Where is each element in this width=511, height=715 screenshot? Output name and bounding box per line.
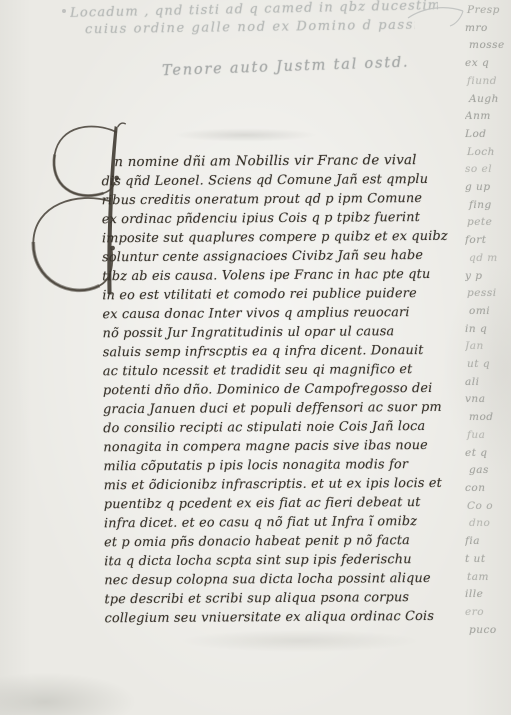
manuscript-line: nonagita in compera magne pacis sive iba… (103, 436, 457, 457)
manuscript-line: gracia Januen duci et populi deffensori … (103, 398, 457, 419)
header-annotation-line-2: cuius ordine galle nod ex Domino d passi… (85, 18, 415, 38)
manuscript-line: dis qñd Leonel. Sciens qd Comune Jañ est… (101, 170, 455, 191)
adjacent-page-text-fragment: pete (465, 214, 511, 232)
adjacent-page-text-fragment: vna (465, 391, 511, 409)
adjacent-page-text-fragment: in q (465, 321, 511, 339)
manuscript-line: do consilio recipti ac stipulati noie Co… (103, 417, 457, 438)
manuscript-line: nõ possit Jur Ingratitudinis ul opar ul … (103, 322, 457, 343)
adjacent-page-text-fragment: fua (465, 427, 511, 445)
manuscript-line: n nomine dñi am Nobillis vir Franc de vi… (101, 151, 455, 172)
adjacent-page-text-fragment: Co o (465, 498, 511, 516)
rubric-line: Tenore auto Justm tal ostd. (162, 55, 407, 80)
manuscript-line: tpe describi et scribi sup aliqua psona … (104, 588, 458, 609)
adjacent-page-text-fragment: pessi (465, 285, 511, 303)
adjacent-page-text-fragment: ille (465, 586, 511, 604)
manuscript-line: ita q dicta locha scpta sint sup ipis fe… (104, 550, 458, 571)
adjacent-page-text-fragment: fing (465, 197, 511, 215)
adjacent-page-text-fragment: gas (465, 462, 511, 480)
adjacent-page-text-column: Prespmromosseex qfiundAughAnmLodLochso e… (465, 2, 511, 639)
adjacent-page-text-fragment: Loch (465, 144, 511, 162)
adjacent-page-text-fragment: puco (465, 622, 511, 640)
adjacent-page-text-fragment: Augh (465, 91, 511, 109)
adjacent-page-text-fragment: mosse (465, 37, 511, 55)
adjacent-page-text-fragment: Jan (465, 338, 511, 356)
adjacent-page-text-fragment: fiund (465, 73, 511, 91)
adjacent-page-text-fragment: dno (465, 515, 511, 533)
manuscript-line: milia cõputatis p ipis locis nonagita mo… (103, 455, 457, 476)
manuscript-line: mis et õdicionibz infrascriptis. et ut e… (104, 474, 458, 495)
manuscript-line: potenti dño dño. Dominico de Campofregos… (103, 379, 457, 400)
adjacent-page-text-fragment: ero (465, 604, 511, 622)
adjacent-page-text-fragment: Anm (465, 108, 511, 126)
manuscript-line: in eo est vtilitati et comodo rei public… (102, 284, 456, 305)
manuscript-line: ac titulo ncessit et tradidit seu qi mag… (103, 360, 457, 381)
adjacent-page-text-fragment: so el (465, 161, 511, 179)
adjacent-page-text-fragment: qd m (465, 250, 511, 268)
manuscript-text-block: n nomine dñi am Nobillis vir Franc de vi… (101, 151, 458, 628)
adjacent-page-text-fragment: fia (465, 533, 511, 551)
adjacent-page-text-fragment: t ut (465, 551, 511, 569)
manuscript-page-scan: Locadum , qnd tisti ad q camed in qbz du… (0, 0, 511, 715)
manuscript-line: collegium seu vniuersitate ex aliqua ord… (105, 607, 459, 628)
annotation-bullet-mark (62, 9, 66, 13)
pen-flourish-mark (406, 2, 468, 32)
manuscript-line: saluis semp infrscptis ea q infra dicent… (103, 341, 457, 362)
manuscript-line: imposite sut quaplures compere p quibz e… (102, 227, 456, 248)
adjacent-page-text-fragment: mro (465, 20, 511, 38)
manuscript-line: puentibz q pcedent ex eis fiat ac fieri … (104, 493, 458, 514)
manuscript-line: ex causa donac Inter vivos q amplius reu… (102, 303, 456, 324)
adjacent-page-text-fragment: y p (465, 268, 511, 286)
adjacent-page-text-fragment: tam (465, 569, 511, 587)
manuscript-line: soluntur cente assignacioes Civibz Jañ s… (102, 246, 456, 267)
adjacent-page-text-fragment: Lod (465, 126, 511, 144)
manuscript-line: infra dicet. et eo casu q nõ fiat ut Inf… (104, 512, 458, 533)
manuscript-line: ribus creditis oneratum prout qd p ipm C… (102, 189, 456, 210)
manuscript-line: ex ordinac pñdenciu ipius Cois q p tpibz… (102, 208, 456, 229)
manuscript-line: nec desup colopna sua dicta locha possin… (104, 569, 458, 590)
adjacent-page-text-fragment: ut q (465, 356, 511, 374)
adjacent-page-text-fragment: fort (465, 232, 511, 250)
manuscript-line: tibz ab eis causa. Volens ipe Franc in h… (102, 265, 456, 286)
adjacent-page-text-fragment: omi (465, 303, 511, 321)
manuscript-line: et p omia pñs donacio habeat penit p nõ … (104, 531, 458, 552)
adjacent-page-text-fragment: Presp (465, 2, 511, 20)
adjacent-page-text-fragment: con (465, 480, 511, 498)
adjacent-page-text-fragment: et q (465, 445, 511, 463)
adjacent-page-text-fragment: ali (465, 374, 511, 392)
adjacent-page-text-fragment: ex q (465, 55, 511, 73)
adjacent-page-text-fragment: mod (465, 409, 511, 427)
adjacent-page-text-fragment: g up (465, 179, 511, 197)
